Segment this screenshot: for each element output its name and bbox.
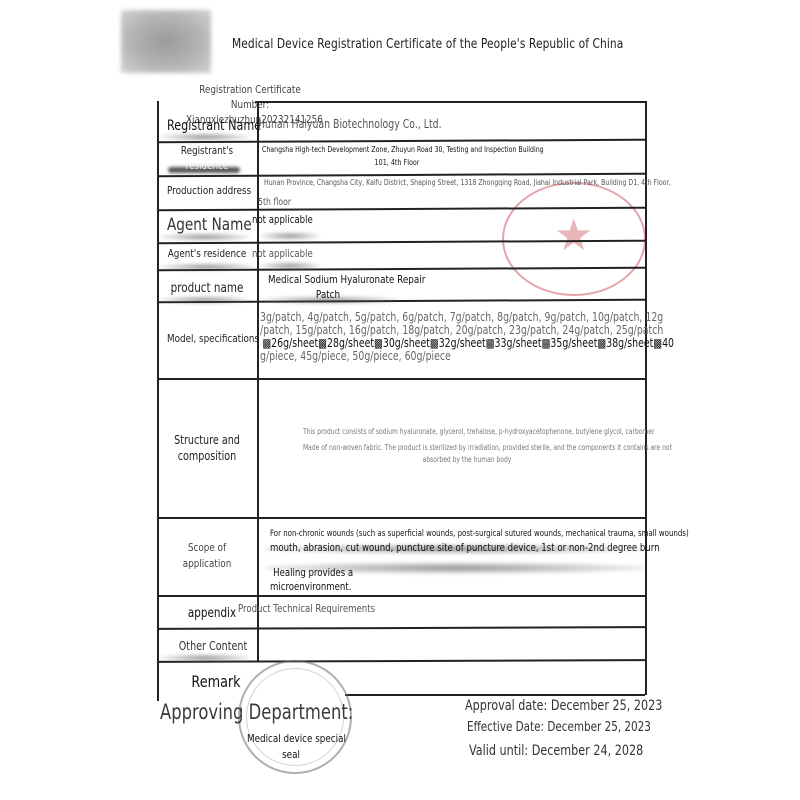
value-line: Medical Sodium Hyaluronate Repair [268, 272, 388, 287]
value-line: Changsha High-tech Development Zone, Zhu… [262, 143, 544, 156]
label-model-specifications: Model, specifications [167, 332, 247, 345]
label-production-address: Production address [167, 184, 247, 197]
value-line: mouth, abrasion, cut wound, puncture sit… [270, 540, 689, 556]
label-line: Registrant's [167, 143, 247, 158]
value-appendix: Product Technical Requirements [238, 602, 414, 615]
value-line: microenvironment. [270, 580, 689, 594]
label-line: composition [167, 448, 247, 464]
label-registrants-residence: Registrant's residence [167, 143, 247, 173]
certificate-title: Medical Device Registration Certificate … [232, 37, 623, 52]
value-structure-composition: This product consists of sodium hyaluron… [262, 426, 672, 466]
effective-date: Effective Date: December 25, 2023 [467, 720, 651, 735]
seal-line: seal [247, 747, 335, 763]
value-model-specifications: 3g/patch, 4g/patch, 5g/patch, 6g/patch, … [260, 311, 791, 363]
seal-line: Medical device special [247, 731, 335, 747]
value-line: Patch [268, 287, 388, 302]
value-agents-residence: not applicable [252, 247, 330, 260]
value-scope-of-application: For non-chronic wounds (such as superfic… [270, 528, 800, 594]
value-line: g/piece, 45g/piece, 50g/piece, 60g/piece [260, 350, 674, 363]
value-production-address: Hunan Province, Changsha City, Kaifu Dis… [258, 173, 678, 213]
label-registrant-name: Registrant Name [167, 118, 247, 134]
value-line: Made of non-woven fabric. The product is… [303, 442, 631, 454]
value-line: This product consists of sodium hyaluron… [303, 426, 631, 438]
agents-residence-text: not applicable [252, 247, 313, 260]
approving-department-label: Approving Department: [160, 700, 353, 724]
value-line: For non-chronic wounds (such as superfic… [270, 528, 689, 540]
label-agents-residence: Agent's residence [167, 247, 247, 260]
star-icon: ★ [554, 210, 593, 261]
registration-number-label: Registration Certificate Number: [186, 82, 314, 112]
value-product-name: Medical Sodium Hyaluronate Repair Patch [253, 272, 403, 302]
label-line: Structure and [167, 432, 247, 448]
redacted-logo [121, 10, 211, 73]
value-line: Healing provides a [270, 566, 689, 580]
value-line: absorbed by the human body [303, 454, 631, 466]
label-agent-name: Agent Name [167, 215, 247, 235]
label-line: residence [167, 158, 247, 173]
appendix-text: Product Technical Requirements [238, 602, 375, 615]
value-line: Hunan Province, Changsha City, Kaifu Dis… [264, 173, 671, 193]
label-line: application [167, 556, 247, 572]
registrant-name-text: Hunan Halyuan Biotechnology Co., Ltd. [258, 117, 442, 131]
medical-device-seal-label: Medical device special seal [247, 731, 335, 763]
value-agent-name: not applicable [252, 213, 330, 226]
agent-name-text: not applicable [252, 213, 313, 226]
label-scope-of-application: Scope of application [167, 540, 247, 572]
label-line: Scope of [167, 540, 247, 556]
label-structure-composition: Structure and composition [167, 432, 247, 464]
value-line: 5th floor [258, 193, 291, 213]
valid-until: Valid until: December 24, 2028 [469, 743, 643, 759]
label-product-name: product name [167, 281, 247, 296]
value-registrant-name: Hunan Halyuan Biotechnology Co., Ltd. [258, 117, 493, 131]
label-other-content: Other Content [168, 639, 258, 653]
value-line: 101, 4th Floor [289, 156, 505, 169]
value-registrants-residence: Changsha High-tech Development Zone, Zhu… [262, 143, 532, 169]
approval-date: Approval date: December 25, 2023 [465, 698, 662, 714]
